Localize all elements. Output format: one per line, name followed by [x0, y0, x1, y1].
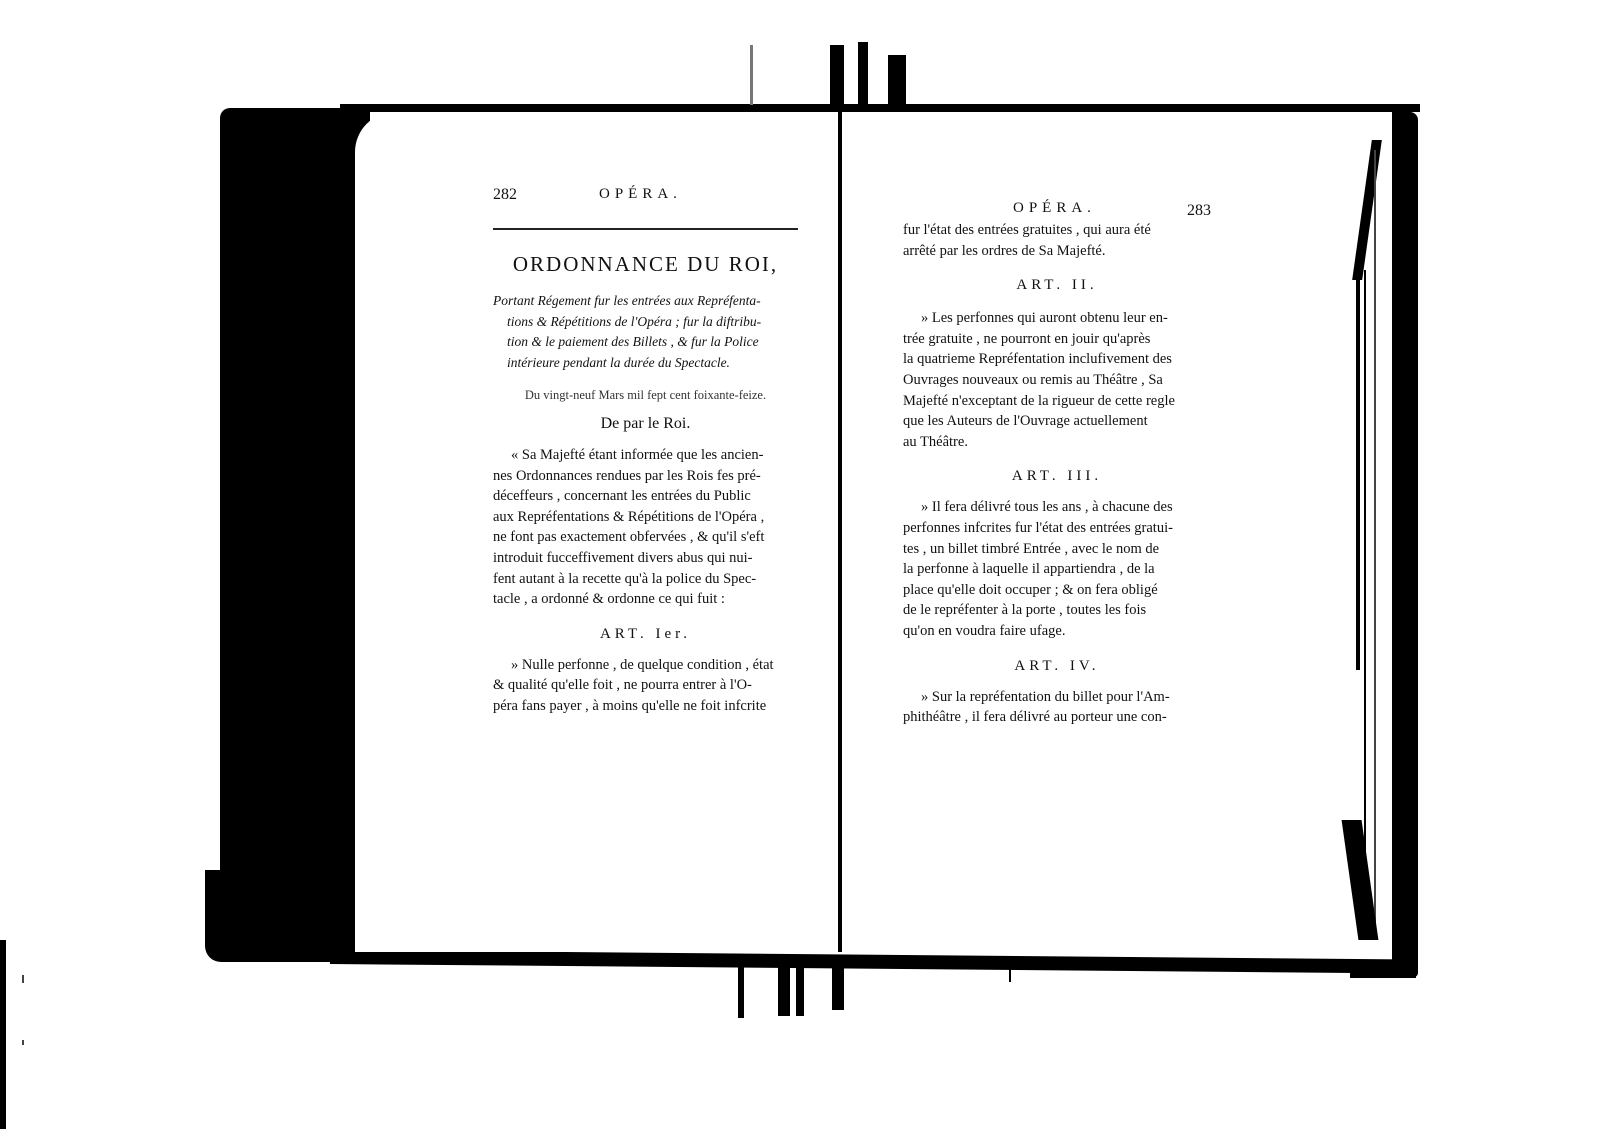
de-par-le-roi: De par le Roi.	[493, 415, 798, 433]
article-4-heading: ART. IV.	[903, 658, 1211, 675]
article-2-body: » Les perfonnes qui auront obtenu leur e…	[903, 308, 1211, 452]
page-number-left: 282	[493, 186, 517, 204]
scan-mark	[22, 1040, 24, 1045]
left-page-content: 282 OPÉRA. ORDONNANCE DU ROI, Portant Ré…	[493, 186, 798, 717]
subtitle: Portant Régement fur les entrées aux Rep…	[493, 291, 798, 373]
article-2-heading: ART. II.	[903, 277, 1211, 294]
book-gutter	[838, 112, 842, 952]
page-number-right: 283	[1187, 202, 1211, 220]
running-head-right: OPÉRA.	[1013, 200, 1096, 217]
document-title: ORDONNANCE DU ROI,	[493, 252, 798, 277]
fore-edge-pages	[1350, 120, 1380, 950]
preamble: « Sa Majefté étant informée que les anci…	[493, 445, 798, 610]
article-3-heading: ART. III.	[903, 468, 1211, 485]
spine-clip-bottom-4	[832, 960, 844, 1010]
spine-clip-bottom-1	[738, 960, 744, 1018]
spine-clip-bottom-3	[796, 960, 804, 1016]
spine-clip-top-2	[858, 42, 868, 110]
spine-clip-top-1	[830, 45, 844, 109]
spine-mark-bottom	[1009, 960, 1011, 982]
spine-clip-bottom-2	[778, 960, 790, 1016]
date-line: Du vingt-neuf Mars mil fept cent foixant…	[493, 388, 798, 403]
running-head-left: OPÉRA.	[599, 186, 682, 203]
article-1-body: » Nulle perfonne , de quelque condition …	[493, 655, 798, 717]
article-3-body: » Il fera délivré tous les ans , à chacu…	[903, 497, 1211, 641]
book-cover-left	[220, 108, 370, 958]
spine-shadow-top	[750, 45, 753, 105]
spine-clip-top-3	[888, 55, 906, 109]
book-cover-right	[1392, 112, 1418, 977]
header-rule	[493, 228, 798, 230]
book-top-edge	[340, 104, 1420, 112]
right-page-content: OPÉRA. 283 fur l'état des entrées gratui…	[903, 200, 1211, 728]
scan-edge-left	[0, 940, 6, 1129]
continuation-text: fur l'état des entrées gratuites , qui a…	[903, 220, 1211, 261]
scan-mark	[22, 975, 24, 983]
article-4-body: » Sur la repréfentation du billet pour l…	[903, 687, 1211, 728]
article-1-heading: ART. Ier.	[493, 626, 798, 643]
